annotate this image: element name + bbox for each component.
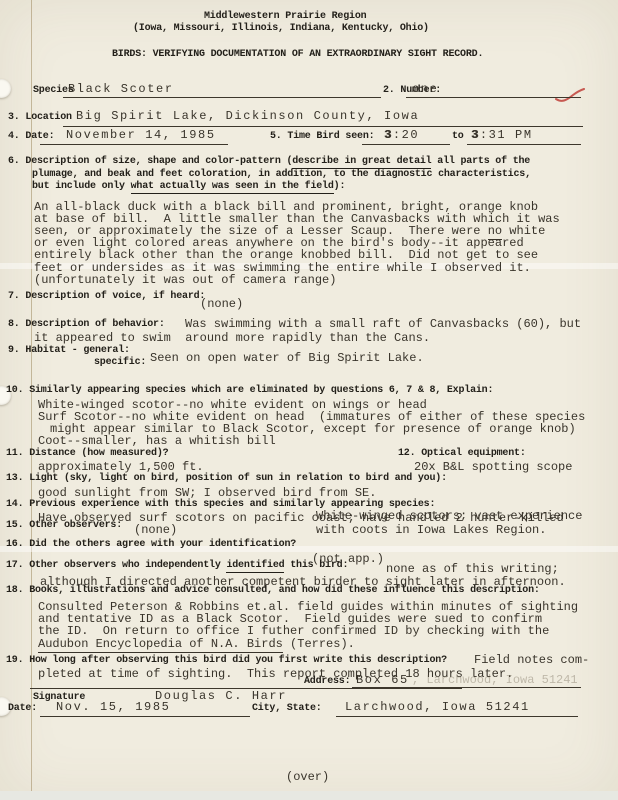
species-value: Black Scoter [68,83,174,95]
number-value: one [412,83,438,95]
over-note: (over) [286,771,329,783]
q6-label-1u: describe in great detail [292,156,431,169]
q8-answer-line: it appeared to swim around more rapidly … [34,332,430,344]
species-underline [63,97,381,98]
number-underline [406,97,581,98]
q19-answer-inline: Field notes com- [474,654,589,666]
q6-label-3u: what actually was seen in the field [131,181,334,194]
q12-label: 12. Optical equipment: [398,449,526,459]
time-to-minutes: :31 PM [480,128,533,142]
q10-answer-line: Coot--smaller, has a whitish bill [38,435,276,447]
citystate-underline [336,716,578,717]
q10-label: 10. Similarly appearing species which ar… [6,386,493,396]
q9-label-specific: specific: [94,358,146,368]
org-states: (Iowa, Missouri, Illinois, Indiana, Kent… [133,24,429,34]
form-title: BIRDS: VERIFYING DOCUMENTATION OF AN EXT… [112,50,483,60]
signature-name: Douglas C. Harr [155,690,287,702]
q11-answer: approximately 1,500 ft. [38,461,204,473]
punch-hole [0,79,11,98]
footer-date-label: Date: [8,704,37,714]
time-to-value: 3:31 PM [471,129,533,141]
location-value: Big Spirit Lake, Dickinson County, Iowa [76,110,419,122]
date-value: November 14, 1985 [66,129,216,141]
citystate-value: Larchwood, Iowa 51241 [345,701,530,713]
time-to-underline [467,144,581,145]
q15-answer: (none) [134,524,177,536]
citystate-label: City, State: [252,704,322,714]
q7-answer: (none) [200,298,243,310]
address-value: Box 65 [356,674,409,686]
location-underline [63,126,583,127]
address-faded-text: , Larchwood, Iowa 51241 [412,674,578,686]
address-label: Address: [304,677,350,687]
q6-label-line2: plumage, and beak and feet coloration, i… [32,170,531,180]
q13-answer: good sunlight from SW; I observed bird f… [38,487,376,499]
q6-answer-line: (unfortunately it was out of camera rang… [34,274,336,286]
scan-edge-strip [0,791,618,800]
time-label: 5. Time Bird seen: [270,132,374,142]
q8-label: 8. Description of behavior: [8,320,165,330]
q6-label-1a: 6. Description of size, shape and color-… [8,156,292,167]
q9-answer: Seen on open water of Big Spirit Lake. [150,352,424,364]
q6-label-3a: but include only [32,181,131,192]
time-to-word: to [452,132,464,142]
document-page: Middlewestern Prairie Region (Iowa, Miss… [0,0,618,800]
q17-label-u: identified [226,560,284,573]
location-label: 3. Location [8,113,72,123]
q16-label: 16. Did the others agree with your ident… [6,540,296,550]
time-from-minutes: :20 [393,128,419,142]
q6-label-1b: all parts of the [431,156,530,167]
date-underline [40,144,228,145]
q8-answer-line: Was swimming with a small raft of Canvas… [185,318,581,330]
time-from-underline [362,144,450,145]
red-checkmark-icon [554,56,592,136]
q18-answer-line: Audubon Encyclopedia of N.A. Birds (Terr… [38,638,355,650]
q18-answer-4b: (Terres). [283,637,355,651]
q17-label-a: 17. Other observers who independently [6,560,226,571]
q6-label-line1: 6. Description of size, shape and color-… [8,157,530,167]
q18-answer-line: the ID. On return to office I futher con… [38,625,549,637]
q14-answer-line: with coots in Iowa Lakes Region. [316,524,546,536]
org-name: Middlewestern Prairie Region [204,12,366,22]
date-label: 4. Date: [8,132,54,142]
q13-label: 13. Light (sky, light on bird, position … [6,474,447,484]
footer-date-value: Nov. 15, 1985 [56,701,170,713]
q12-answer: 20x B&L spotting scope [414,461,572,473]
q18-answer-4u: Audubon Encyclopedia of N.A. Birds [38,637,283,653]
q17-answer-line: none as of this writing; [386,563,559,575]
q7-label: 7. Description of voice, if heard: [8,292,205,302]
footer-date-underline [40,716,250,717]
q9-label-general: 9. Habitat - general: [8,346,130,356]
time-from-value: 3:20 [384,129,419,141]
q6-answer-line: entirely black other than the orange kno… [34,249,538,261]
q18-label: 18. Books, illustrations and advice cons… [6,586,540,596]
q14-answer-line: White-winged scotors; vast experience [316,510,582,522]
q19-label: 19. How long after observing this bird d… [6,656,447,666]
q11-label: 11. Distance (how measured)? [6,449,168,459]
q17-label-b: this bird: [284,560,348,571]
time-from-hour: 3 [384,128,393,142]
q6-label-3b: ): [334,181,346,192]
q15-label: 15. Other observers: [6,521,122,531]
q6-label-line3: but include only what actually was seen … [32,182,345,192]
q17-label: 17. Other observers who independently id… [6,561,348,571]
time-to-hour: 3 [471,128,480,142]
